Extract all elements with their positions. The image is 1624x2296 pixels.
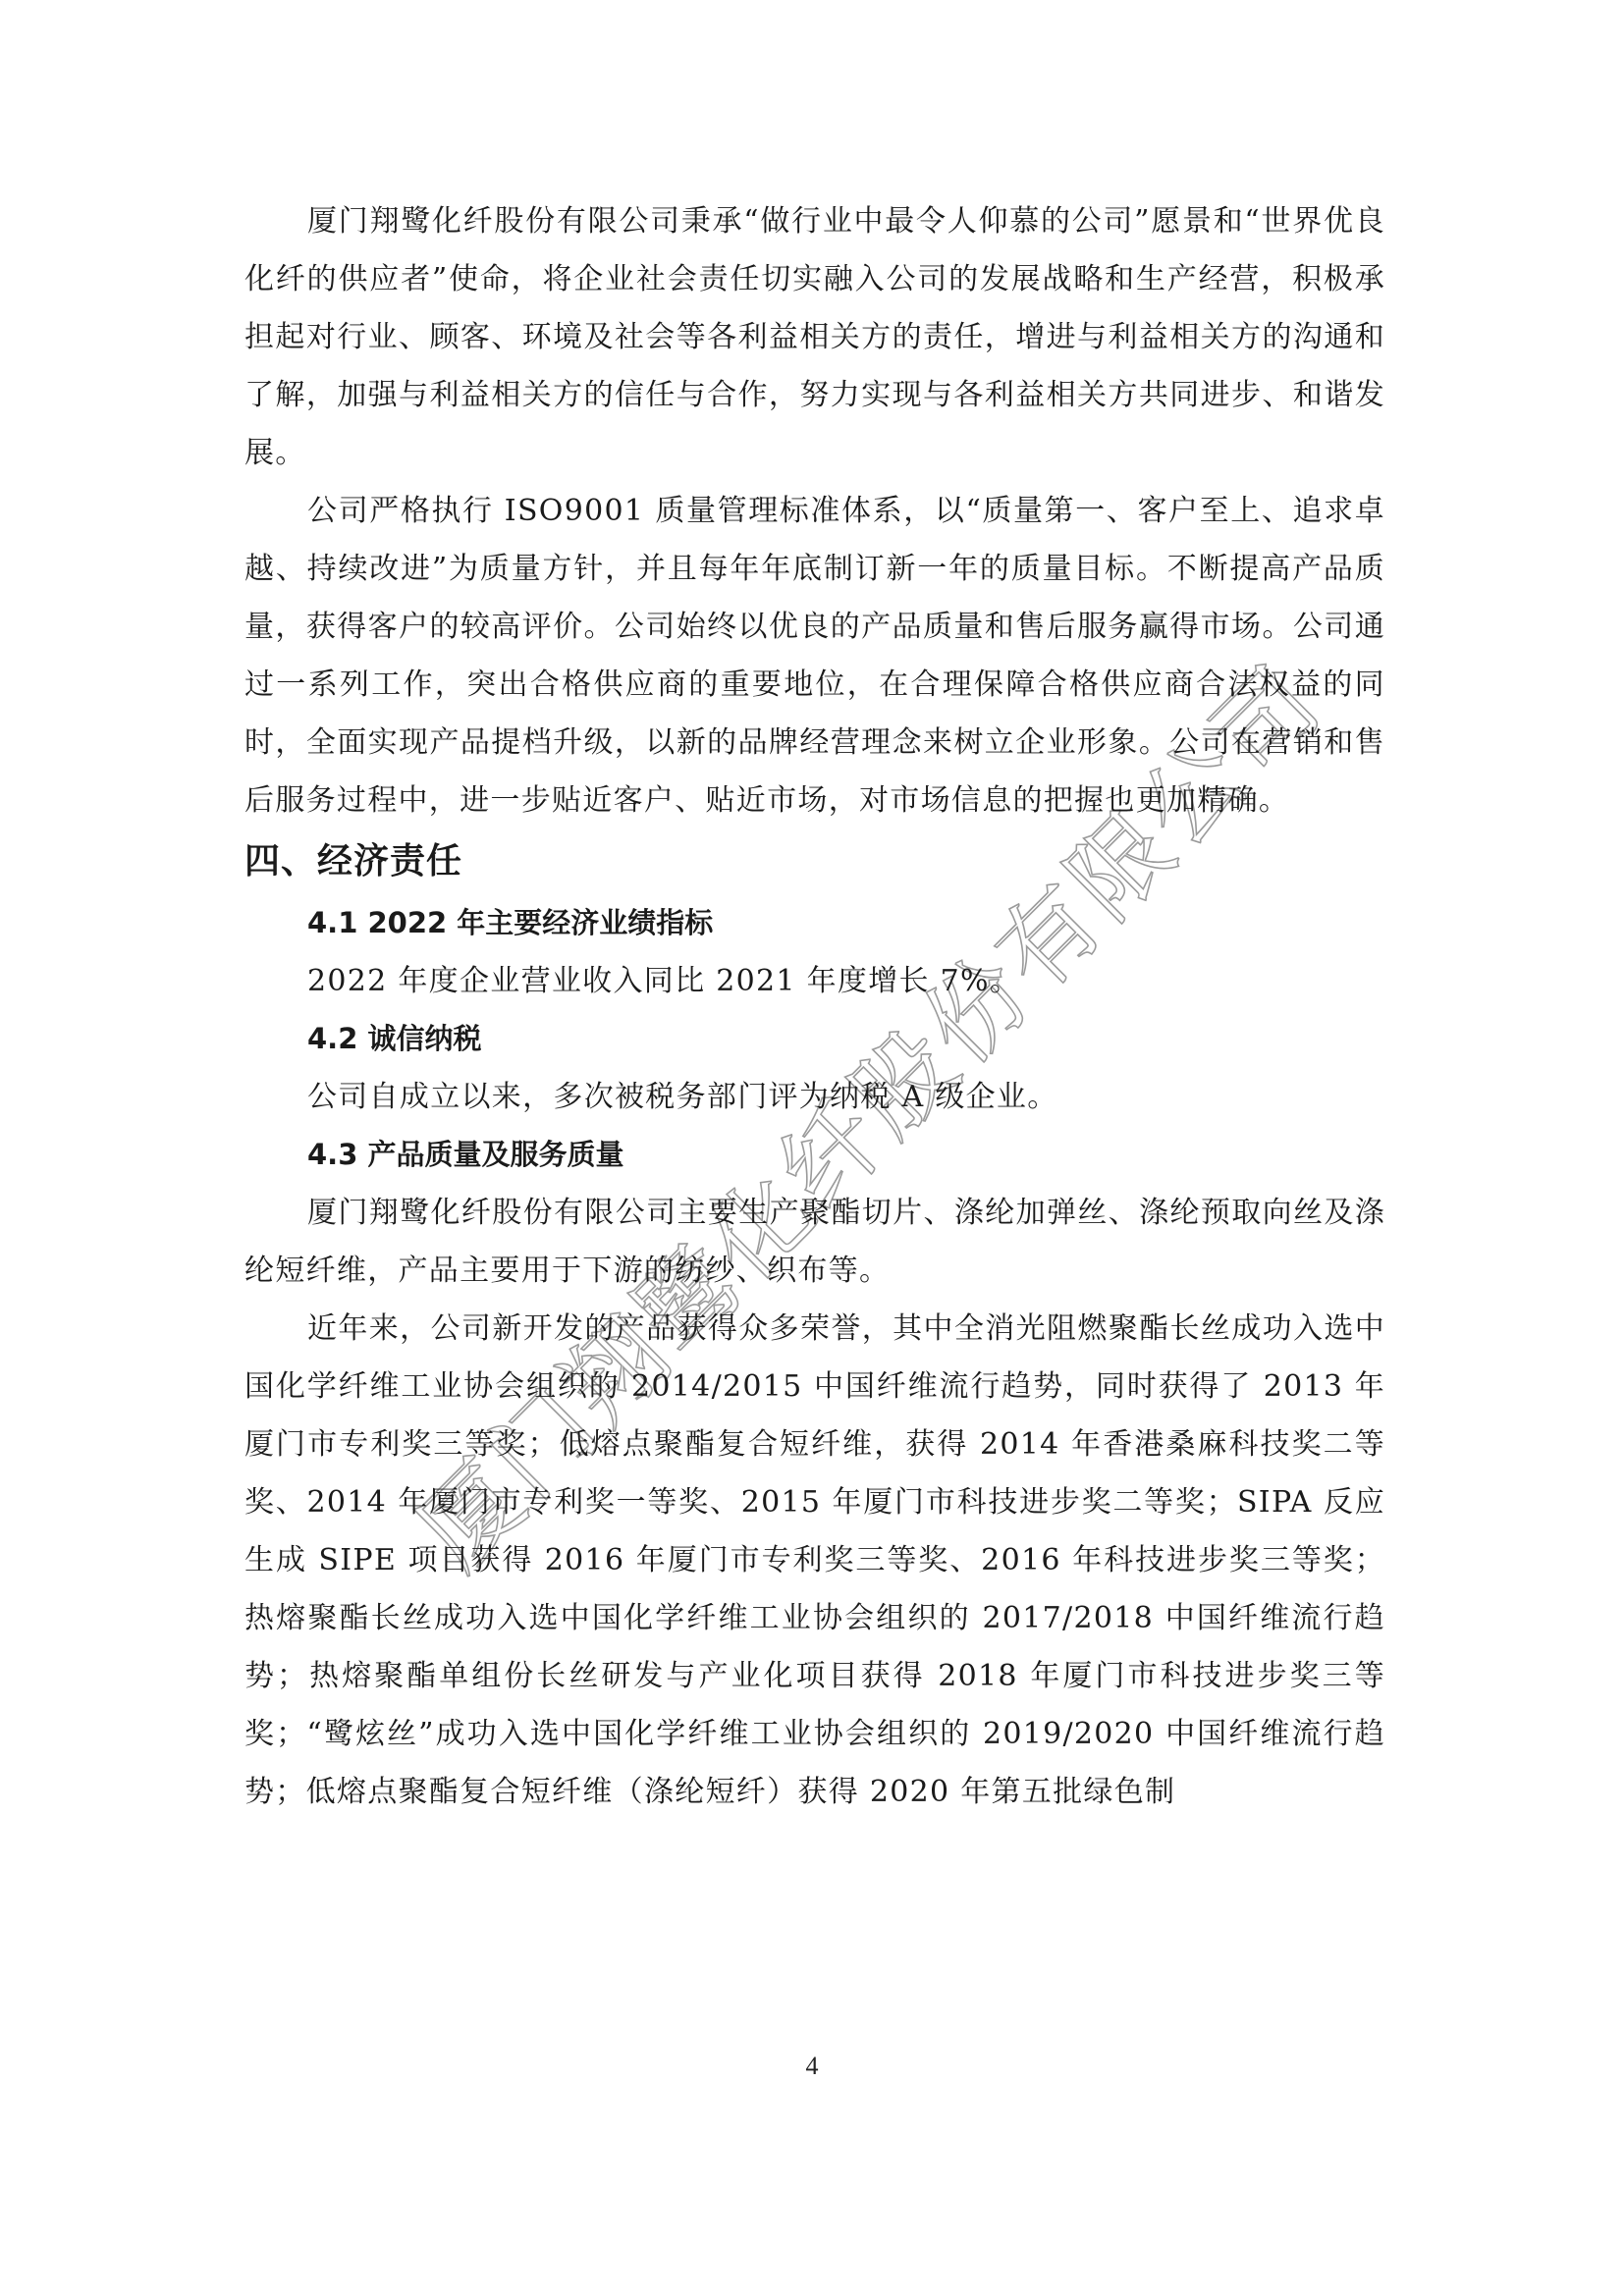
section-title-economic-responsibility: 四、经济责任 [244, 829, 1385, 894]
subsection-4-3-paragraph-2: 近年来，公司新开发的产品获得众多荣誉，其中全消光阻燃聚酯长丝成功入选中国化学纤维… [244, 1300, 1385, 1821]
page-content: 厦门翔鹭化纤股份有限公司秉承“做行业中最令人仰慕的公司”愿景和“世界优良化纤的供… [244, 192, 1385, 1821]
subsection-4-2-paragraph: 公司自成立以来，多次被税务部门评为纳税 A 级企业。 [244, 1068, 1385, 1126]
intro-paragraph-1: 厦门翔鹭化纤股份有限公司秉承“做行业中最令人仰慕的公司”愿景和“世界优良化纤的供… [244, 192, 1385, 482]
document-page: 厦门翔鹭化纤股份有限公司 厦门翔鹭化纤股份有限公司秉承“做行业中最令人仰慕的公司… [0, 0, 1624, 2296]
subsection-title-4-1: 4.1 2022 年主要经济业绩指标 [244, 894, 1385, 952]
page-number: 4 [0, 2052, 1624, 2081]
subsection-title-4-2: 4.2 诚信纳税 [244, 1010, 1385, 1068]
subsection-4-3-paragraph-1: 厦门翔鹭化纤股份有限公司主要生产聚酯切片、涤纶加弹丝、涤纶预取向丝及涤纶短纤维，… [244, 1184, 1385, 1300]
intro-paragraph-2: 公司严格执行 ISO9001 质量管理标准体系，以“质量第一、客户至上、追求卓越… [244, 482, 1385, 829]
subsection-title-4-3: 4.3 产品质量及服务质量 [244, 1126, 1385, 1184]
subsection-4-1-paragraph: 2022 年度企业营业收入同比 2021 年度增长 7%。 [244, 952, 1385, 1010]
